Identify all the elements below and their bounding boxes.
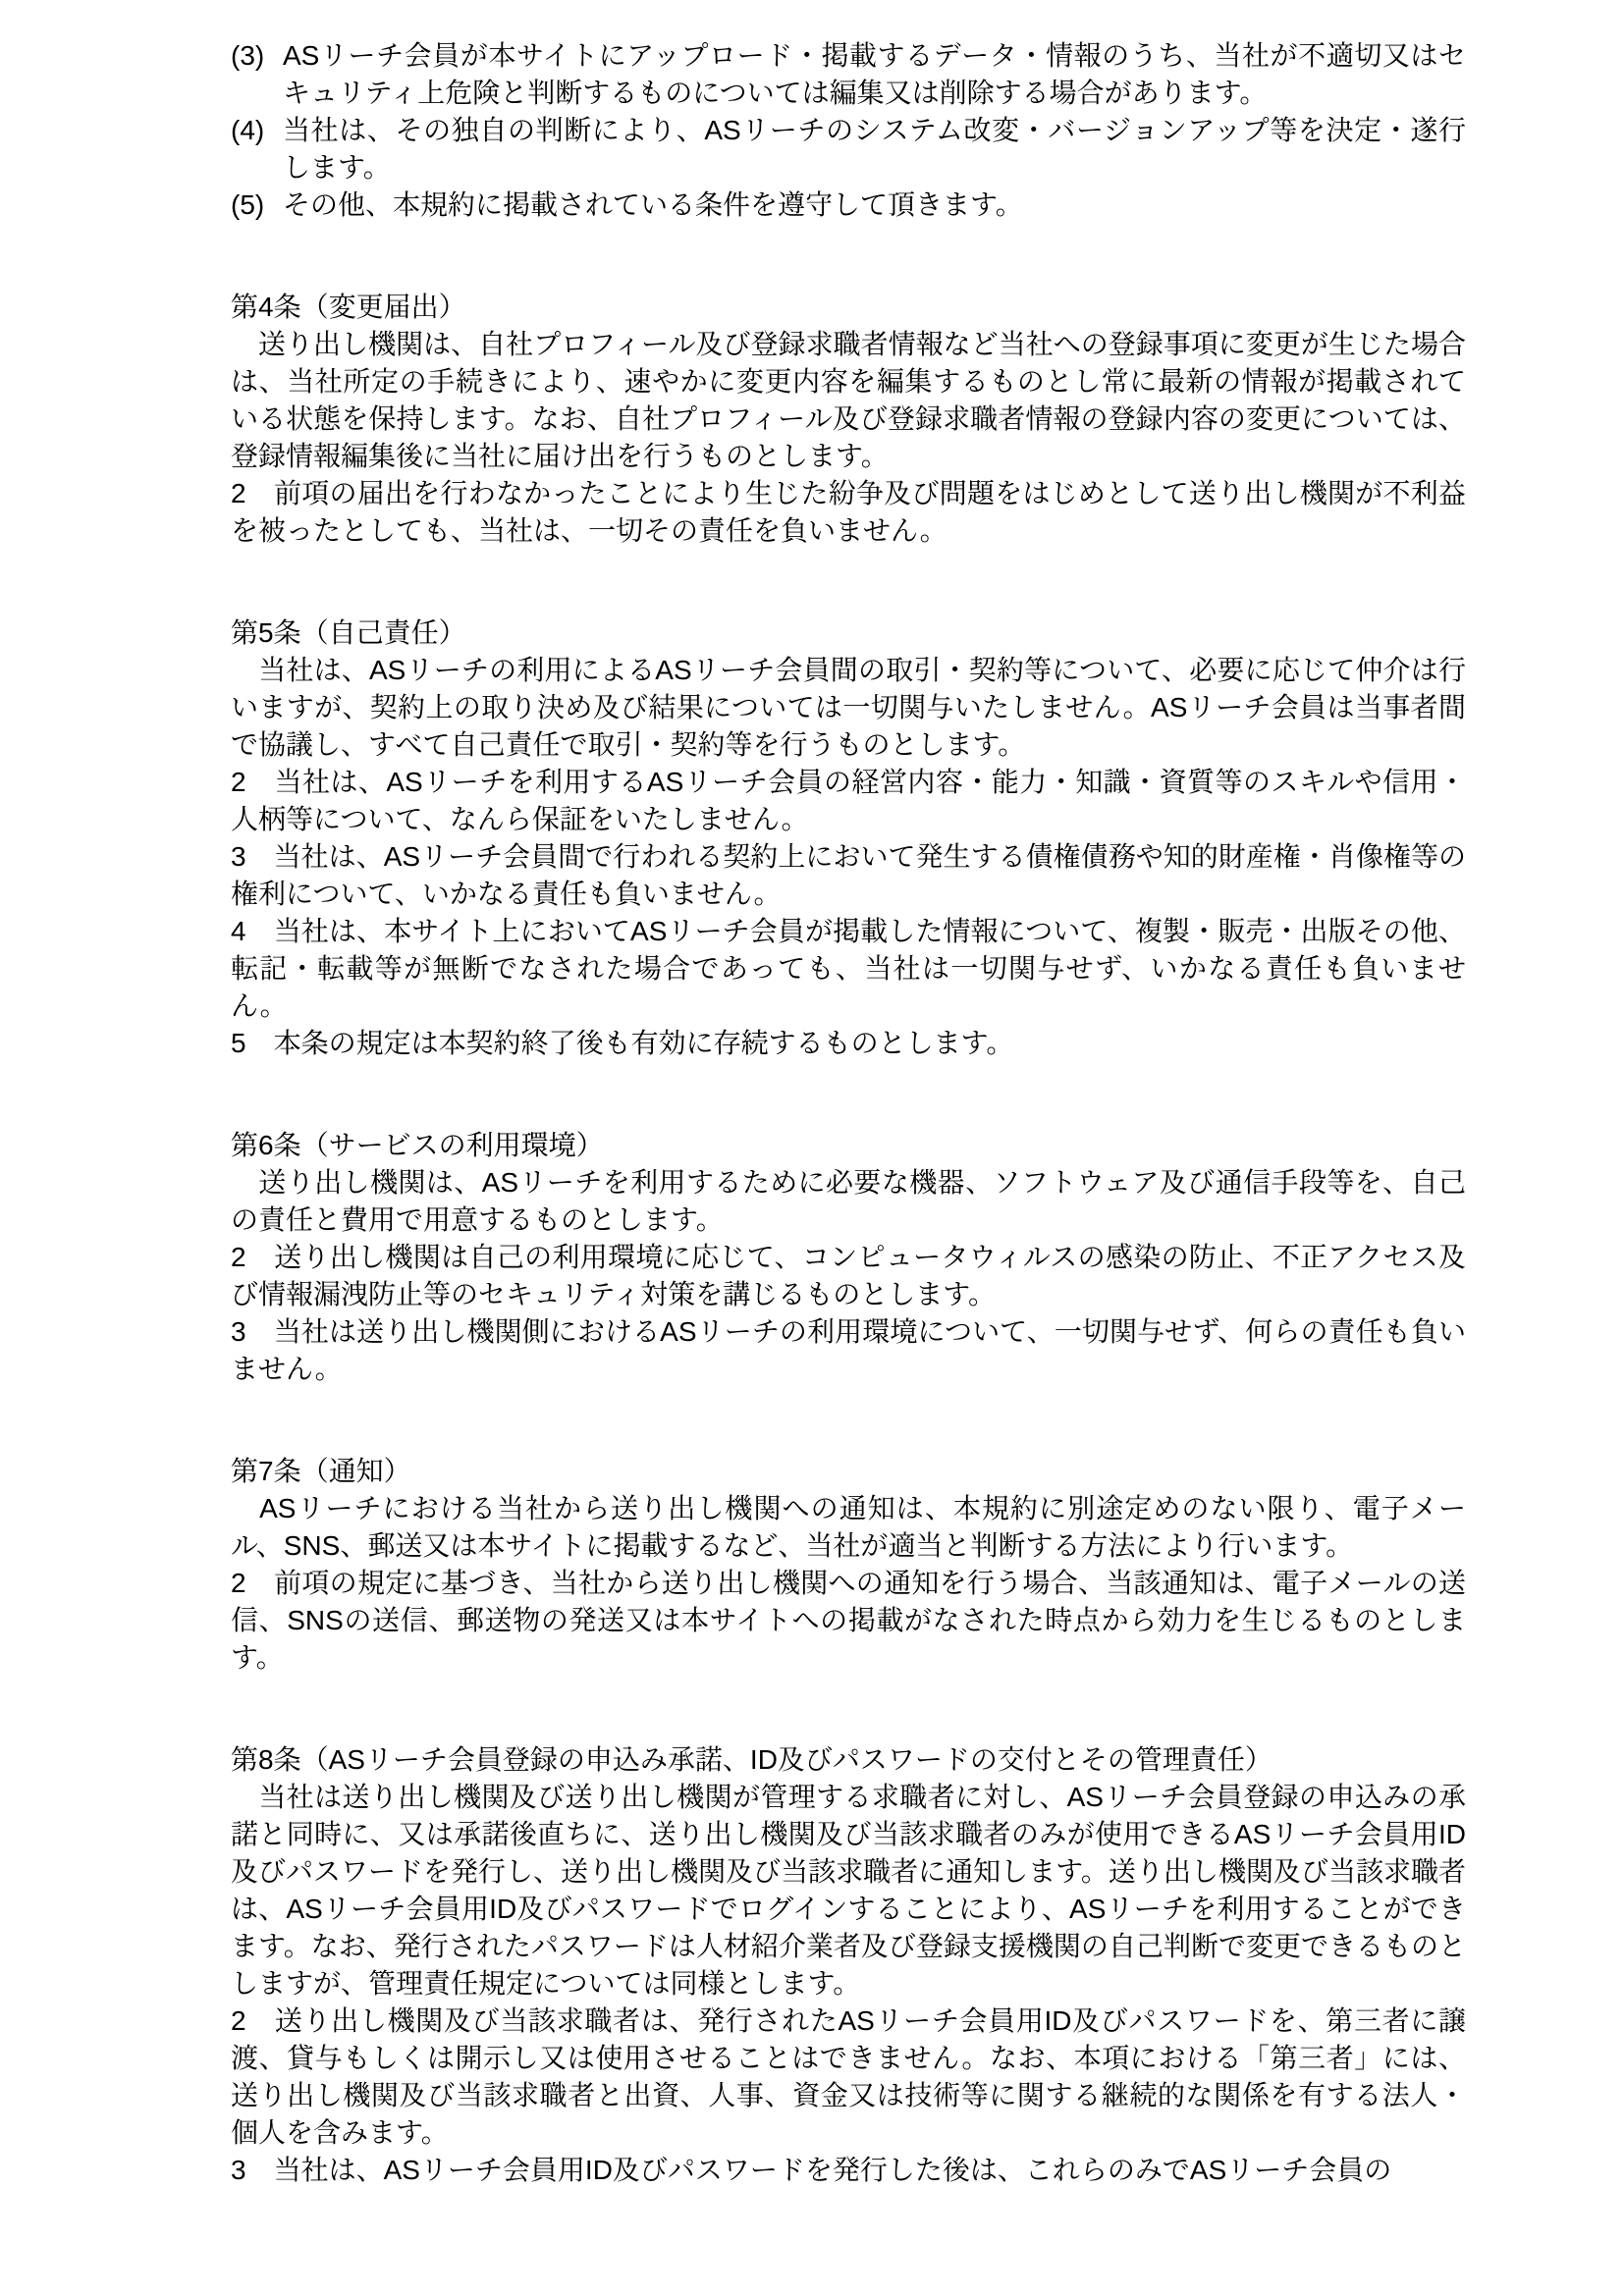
document-paragraph: 2 送り出し機関及び当該求職者は、発行されたASリーチ会員用ID及びパスワードを… [231,2002,1466,2152]
list-item-marker: (4) [231,112,264,149]
document-page: (3)ASリーチ会員が本サイトにアップロード・掲載するデータ・情報のうち、当社が… [0,0,1624,2296]
list-item-marker: (3) [231,37,264,75]
document-heading: 第5条（自己責任） [231,614,1466,652]
document-paragraph: 当社は、ASリーチの利用によるASリーチ会員間の取引・契約等について、必要に応じ… [231,652,1466,764]
document-list-item: (5)その他、本規約に掲載されている条件を遵守して頂きます。 [231,187,1466,224]
document-paragraph: 3 当社は、ASリーチ会員間で行われる契約上において発生する債権債務や知的財産権… [231,838,1466,913]
document-paragraph: ASリーチにおける当社から送り出し機関への通知は、本規約に別途定めのない限り、電… [231,1490,1466,1565]
document-paragraph: 送り出し機関は、自社プロフィール及び登録求職者情報など当社への登録事項に変更が生… [231,326,1466,475]
document-heading: 第4条（変更届出） [231,289,1466,326]
list-item-text: ASリーチ会員が本サイトにアップロード・掲載するデータ・情報のうち、当社が不適切… [283,40,1466,108]
document-paragraph: 4 当社は、本サイト上においてASリーチ会員が掲載した情報について、複製・販売・… [231,913,1466,1025]
document-paragraph: 3 当社は、ASリーチ会員用ID及びパスワードを発行した後は、これらのみでASリ… [231,2152,1466,2189]
document-paragraph: 2 当社は、ASリーチを利用するASリーチ会員の経営内容・能力・知識・資質等のス… [231,764,1466,838]
list-item-text: 当社は、その独自の判断により、ASリーチのシステム改変・バージョンアップ等を決定… [283,115,1466,183]
document-heading: 第8条（ASリーチ会員登録の申込み承諾、ID及びパスワードの交付とその管理責任） [231,1741,1466,1779]
document-paragraph: 3 当社は送り出し機関側におけるASリーチの利用環境について、一切関与せず、何ら… [231,1313,1466,1388]
document-paragraph: 当社は送り出し機関及び送り出し機関が管理する求職者に対し、ASリーチ会員登録の申… [231,1779,1466,2002]
document-paragraph: 2 送り出し機関は自己の利用環境に応じて、コンピュータウィルスの感染の防止、不正… [231,1239,1466,1313]
document-body: (3)ASリーチ会員が本サイトにアップロード・掲載するデータ・情報のうち、当社が… [231,37,1466,2189]
document-paragraph: 2 前項の届出を行わなかったことにより生じた紛争及び問題をはじめとして送り出し機… [231,475,1466,550]
document-list-item: (4)当社は、その独自の判断により、ASリーチのシステム改変・バージョンアップ等… [231,112,1466,187]
list-item-marker: (5) [231,187,264,224]
document-paragraph: 5 本条の規定は本契約終了後も有効に存続するものとします。 [231,1025,1466,1062]
document-heading: 第6条（サービスの利用環境） [231,1127,1466,1164]
document-paragraph: 送り出し機関は、ASリーチを利用するために必要な機器、ソフトウェア及び通信手段等… [231,1164,1466,1239]
document-list-item: (3)ASリーチ会員が本サイトにアップロード・掲載するデータ・情報のうち、当社が… [231,37,1466,112]
document-heading: 第7条（通知） [231,1453,1466,1490]
list-item-text: その他、本規約に掲載されている条件を遵守して頂きます。 [283,189,1023,220]
document-paragraph: 2 前項の規定に基づき、当社から送り出し機関への通知を行う場合、当該通知は、電子… [231,1565,1466,1677]
